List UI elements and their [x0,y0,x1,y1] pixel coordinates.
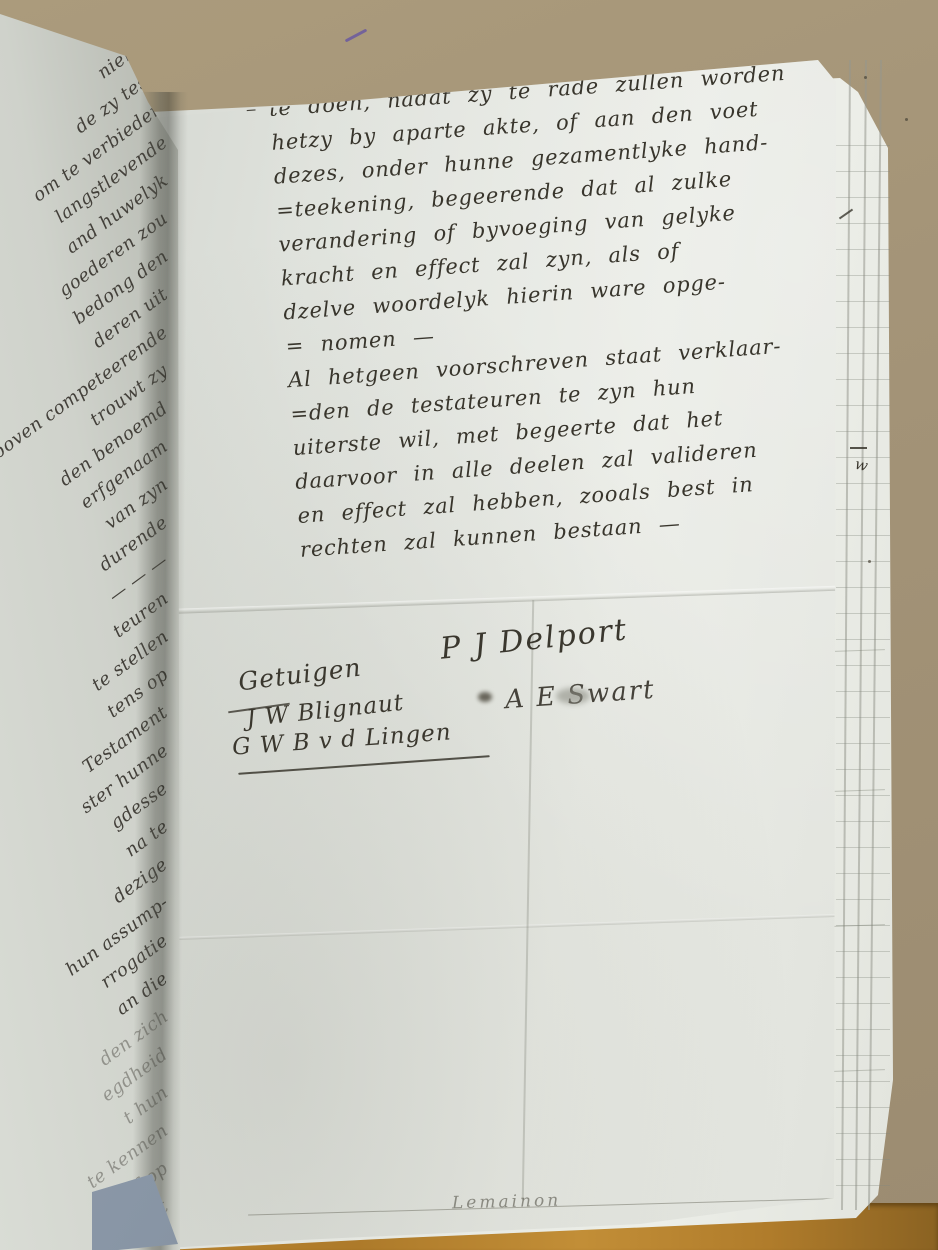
book-gutter-shadow [132,92,188,1250]
ink-smudge [556,688,590,704]
purple-pen-mark [345,29,368,43]
photograph-of-manuscript: = te doen, nadat zy te rade zullen worde… [0,0,938,1250]
left-page-line-fragment: niemand [93,18,172,83]
ledger-ruling [836,120,890,1200]
body-text: = te doen, nadat zy te rade zullen worde… [268,50,900,567]
ink-speck [905,118,908,121]
faint-cut-off-word: Lemainon [452,1191,562,1214]
ink-speck [868,560,871,563]
paragraph-1: te doen, nadat zy te rade zullen wordenh… [268,50,886,363]
paragraph-2: Al hetgeen voorschreven staat verklaar-=… [287,321,900,566]
ink-blot [478,692,492,702]
ink-speck [864,76,867,79]
ink-mark [850,447,867,449]
